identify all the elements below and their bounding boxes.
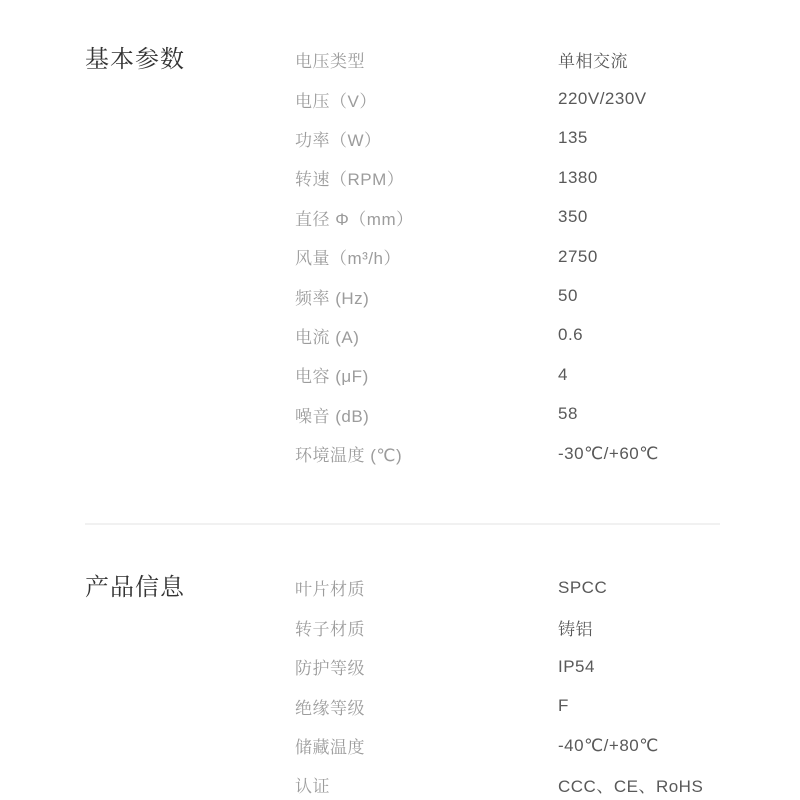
- spec-value: 135: [558, 128, 800, 148]
- spec-label: 电流 (A): [295, 323, 558, 348]
- spec-label: 环境温度 (℃): [295, 441, 558, 466]
- spec-rows: 叶片材质 SPCC 转子材质 铸铝 防护等级 IP54 绝缘等级 F 储藏温度 …: [295, 568, 800, 800]
- table-row: 转速（RPM） 1380: [295, 158, 800, 197]
- table-row: 防护等级 IP54: [295, 647, 800, 686]
- spec-label: 电压（V）: [295, 87, 558, 112]
- spec-label: 叶片材质: [295, 575, 558, 600]
- spec-value: 2750: [558, 247, 800, 267]
- spec-label: 电压类型: [295, 47, 558, 72]
- spec-label: 风量（m³/h）: [295, 244, 558, 269]
- spec-label: 防护等级: [295, 654, 558, 679]
- spec-value: SPCC: [558, 578, 800, 598]
- spec-label: 绝缘等级: [295, 694, 558, 719]
- table-row: 噪音 (dB) 58: [295, 395, 800, 434]
- spec-label: 电容 (μF): [295, 362, 558, 387]
- spec-label: 功率（W）: [295, 126, 558, 151]
- spec-label: 储藏温度: [295, 733, 558, 758]
- spec-rows: 电压类型 单相交流 电压（V） 220V/230V 功率（W） 135 转速（R…: [295, 40, 800, 473]
- table-row: 电压类型 单相交流: [295, 40, 800, 79]
- spec-value: IP54: [558, 657, 800, 677]
- table-row: 频率 (Hz) 50: [295, 276, 800, 315]
- table-row: 转子材质 铸铝: [295, 608, 800, 647]
- spec-label: 噪音 (dB): [295, 402, 558, 427]
- spec-label: 转子材质: [295, 615, 558, 640]
- table-row: 电流 (A) 0.6: [295, 316, 800, 355]
- spec-value: 50: [558, 286, 800, 306]
- spec-label: 认证: [295, 772, 558, 797]
- spec-label: 直径 Φ（mm）: [295, 205, 558, 230]
- product-spec-page: 基本参数 电压类型 单相交流 电压（V） 220V/230V 功率（W） 135…: [0, 0, 800, 800]
- spec-value: -40℃/+80℃: [558, 736, 800, 756]
- table-row: 电压（V） 220V/230V: [295, 79, 800, 118]
- table-row: 功率（W） 135: [295, 119, 800, 158]
- spec-value: CCC、CE、RoHS: [558, 772, 800, 797]
- spec-value: 350: [558, 207, 800, 227]
- spec-value: 220V/230V: [558, 89, 800, 109]
- table-row: 储藏温度 -40℃/+80℃: [295, 726, 800, 765]
- spec-value: F: [558, 696, 800, 716]
- spec-value: 铸铝: [558, 615, 800, 640]
- table-row: 直径 Φ（mm） 350: [295, 198, 800, 237]
- section-title: 产品信息: [85, 568, 295, 607]
- spec-section-product-info: 产品信息 叶片材质 SPCC 转子材质 铸铝 防护等级 IP54 绝缘等级 F …: [0, 568, 800, 800]
- table-row: 电容 (μF) 4: [295, 355, 800, 394]
- spec-label: 频率 (Hz): [295, 284, 558, 309]
- section-divider: [85, 523, 720, 525]
- spec-value: 4: [558, 365, 800, 385]
- table-row: 风量（m³/h） 2750: [295, 237, 800, 276]
- section-title: 基本参数: [85, 40, 295, 79]
- table-row: 叶片材质 SPCC: [295, 568, 800, 607]
- spec-value: 0.6: [558, 325, 800, 345]
- table-row: 环境温度 (℃) -30℃/+60℃: [295, 434, 800, 473]
- spec-value: 1380: [558, 168, 800, 188]
- spec-label: 转速（RPM）: [295, 165, 558, 190]
- table-row: 绝缘等级 F: [295, 686, 800, 725]
- spec-value: 58: [558, 404, 800, 424]
- spec-value: 单相交流: [558, 47, 800, 72]
- table-row: 认证 CCC、CE、RoHS: [295, 765, 800, 800]
- spec-section-basic-params: 基本参数 电压类型 单相交流 电压（V） 220V/230V 功率（W） 135…: [0, 40, 800, 473]
- spec-value: -30℃/+60℃: [558, 444, 800, 464]
